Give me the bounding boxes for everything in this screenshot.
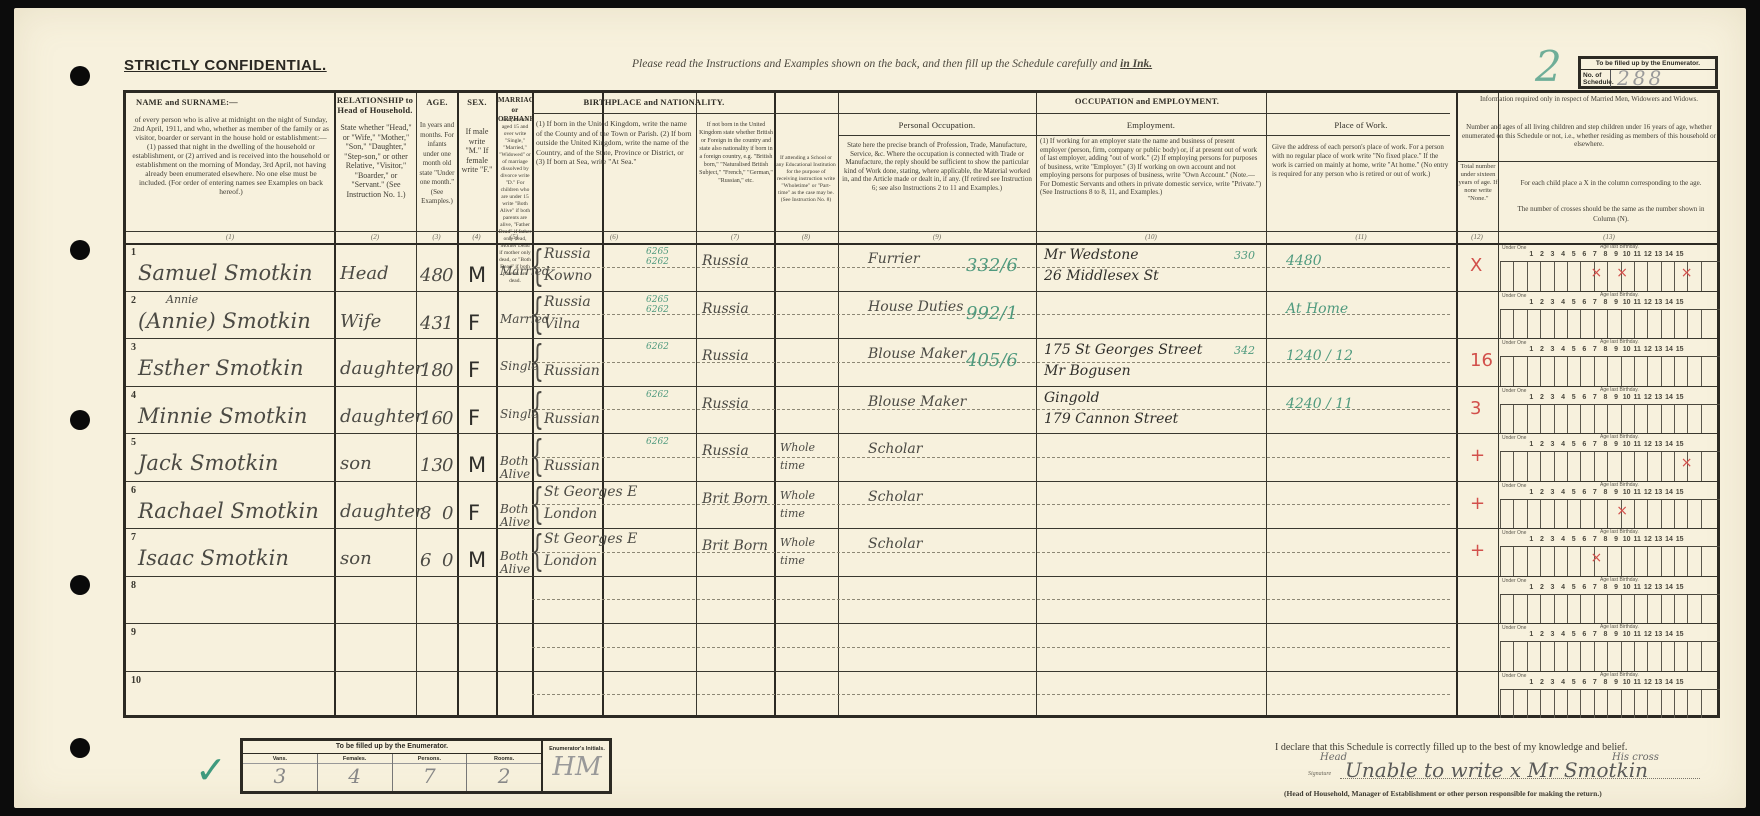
birthplace-code: 6262 (646, 437, 694, 447)
birthplace-code: 6262 (646, 342, 694, 352)
school-attendance: Whole time (780, 487, 820, 523)
row-number: 2 (131, 295, 136, 306)
birthplace-line2: Vilna (544, 316, 580, 332)
brace: { (531, 435, 544, 477)
person-name: Samuel Smotkin (138, 261, 313, 285)
relationship: son (340, 453, 372, 474)
brace: { (531, 483, 544, 525)
col-employment-desc: (1) If working for an employer state the… (1040, 137, 1262, 197)
relationship: daughter (340, 406, 423, 427)
marriage-status: Married (500, 265, 534, 278)
occupation-code: 332/6 (966, 255, 1018, 276)
sex: F (468, 358, 480, 382)
age-grid: Under One Age last Birthday. 12345678910… (1500, 481, 1720, 529)
col-age-title: AGE. (418, 98, 456, 108)
occupation: Scholar (868, 489, 922, 505)
age-years: 48 (420, 265, 443, 286)
birthplace-line2: Russian (544, 363, 600, 379)
place-of-work: 4240 / 11 (1286, 396, 1353, 412)
birthplace-line2: Kowno (544, 268, 592, 284)
age-years: 13 (420, 455, 443, 476)
relationship: daughter (340, 358, 423, 379)
col-sex-title: SEX. (459, 98, 495, 108)
col-children-total-desc: Total number under sixteen years of age.… (1458, 163, 1498, 203)
col-occupation-group: OCCUPATION and EMPLOYMENT. (838, 97, 1456, 107)
employer-line2: Mr Bogusen (1044, 363, 1131, 379)
age-months: 0 (442, 550, 453, 571)
brace: { (531, 530, 544, 572)
occupation: House Duties (868, 299, 963, 315)
employer-line2: 179 Cannon Street (1044, 411, 1178, 427)
children-total: X (1470, 255, 1482, 276)
sex: F (468, 311, 480, 335)
age-years: 8 (420, 503, 431, 524)
place-of-work: At Home (1286, 301, 1348, 317)
brace: { (531, 340, 544, 382)
place-of-work: 4480 (1286, 253, 1322, 269)
child-age-cross: × (1681, 455, 1693, 471)
occupation: Scholar (868, 441, 922, 457)
age-years: 16 (420, 408, 443, 429)
row-number: 8 (131, 580, 136, 591)
sex: F (468, 406, 480, 430)
birthplace-line2: London (544, 553, 597, 569)
brace: { (531, 245, 544, 287)
nationality: Russia (702, 396, 749, 412)
row-number: 9 (131, 627, 136, 638)
row-number: 6 (131, 485, 136, 496)
employer-code: 342 (1234, 344, 1255, 357)
col-children-ages-desc1: For each child place a X in the column c… (1506, 179, 1716, 189)
marriage-status: Single (500, 360, 534, 373)
sex: F (468, 501, 480, 525)
enum-value: 4 (318, 764, 392, 789)
children-total: + (1470, 493, 1485, 514)
age-grid: Under One Age last Birthday. 12345678910… (1500, 338, 1720, 386)
sex: M (468, 548, 486, 572)
employer-line1: Mr Wedstone (1044, 247, 1139, 263)
punch-hole (70, 738, 90, 758)
col-personal-occupation-title: Personal Occupation. (838, 121, 1036, 131)
nationality: Russia (702, 443, 749, 459)
child-age-cross: × (1681, 265, 1693, 281)
children-total: 3 (1470, 398, 1481, 419)
birthplace-line2: Russian (544, 458, 600, 474)
person-name: (Annie) Smotkin (138, 309, 311, 333)
employer-line1: 175 St Georges Street (1044, 342, 1202, 358)
age-grid: Under One Age last Birthday. 12345678910… (1500, 623, 1720, 671)
row-number: 1 (131, 247, 136, 258)
employer-line1: Gingold (1044, 390, 1100, 406)
marriage-status: Married (500, 313, 534, 326)
person-name: Isaac Smotkin (138, 546, 289, 570)
birthplace-line1: St Georges E (544, 484, 637, 500)
col-name-title: NAME and SURNAME:— (136, 98, 326, 108)
occupation: Furrier (868, 251, 920, 267)
row-number: 10 (131, 675, 141, 686)
age-years: 18 (420, 360, 443, 381)
col-marriage-desc: For persons aged 15 and over write "Sing… (498, 117, 532, 285)
occupation: Blouse Maker (868, 346, 966, 362)
birthplace-code: 6265 6262 (646, 247, 694, 267)
col-age-desc: In years and months. For infants under o… (419, 121, 455, 207)
punch-hole (70, 66, 90, 86)
children-total: + (1470, 540, 1485, 561)
census-table: NAME and SURNAME:— of every person who i… (123, 90, 1720, 718)
marriage-status: Both Alive (500, 503, 534, 529)
col-birthplace-group: BIRTHPLACE and NATIONALITY. (536, 98, 772, 108)
occupation-code: 992/1 (966, 303, 1018, 324)
col-children-group: Number and ages of all living children a… (1460, 123, 1718, 149)
age-months: 0 (442, 408, 453, 429)
children-total: + (1470, 445, 1485, 466)
nationality: Russia (702, 253, 749, 269)
row-number: 4 (131, 390, 136, 401)
relationship: son (340, 548, 372, 569)
age-years: 6 (420, 550, 431, 571)
marriage-status: Single (500, 408, 534, 421)
occupation: Blouse Maker (868, 394, 966, 410)
schedule-number-box: To be filled up by the Enumerator. No. o… (1578, 56, 1718, 89)
sex: M (468, 453, 486, 477)
enumerator-initials: HM (545, 752, 609, 782)
relationship: Wife (340, 311, 381, 332)
relationship: Head (340, 263, 389, 284)
birthplace-line2: Russian (544, 411, 600, 427)
birthplace-line1: Russia (544, 246, 591, 262)
occupation: Scholar (868, 536, 922, 552)
schedule-number: 288 (1611, 70, 1715, 87)
col-place-of-work-desc: Give the address of each person's place … (1272, 143, 1452, 179)
brace: { (531, 293, 544, 335)
person-name: Esther Smotkin (138, 356, 304, 380)
enum-value: 3 (243, 764, 317, 789)
marriage-status: Both Alive (500, 550, 534, 576)
relationship: daughter (340, 501, 423, 522)
col-children-note: Information required only in respect of … (1458, 95, 1720, 105)
page-number: 2 (1535, 42, 1562, 91)
punch-hole (70, 240, 90, 260)
children-total: 16 (1470, 350, 1493, 371)
punch-hole (70, 410, 90, 430)
nationality: Russia (702, 348, 749, 364)
birthplace-line1: Russia (544, 294, 591, 310)
row-number: 5 (131, 437, 136, 448)
age-months: 0 (442, 455, 453, 476)
age-grid: Under One Age last Birthday. 12345678910… (1500, 528, 1720, 576)
person-name: Minnie Smotkin (138, 404, 307, 428)
col-school-desc: If attending a School or any Educational… (776, 155, 836, 204)
enum-value: 7 (393, 764, 467, 789)
birthplace-code: 6262 (646, 390, 694, 400)
child-age-cross: × (1616, 265, 1628, 281)
col-relationship-title: RELATIONSHIP to Head of Household. (336, 96, 414, 115)
enum-value: 2 (467, 764, 541, 789)
age-grid: Under One Age last Birthday. 12345678910… (1500, 386, 1720, 434)
nationality: Brit Born (702, 538, 768, 554)
age-grid: Under One Age last Birthday. 12345678910… (1500, 671, 1720, 719)
school-attendance: Whole time (780, 534, 820, 570)
nationality: Russia (702, 301, 749, 317)
col-name-desc: of every person who is alive at midnight… (132, 115, 330, 196)
child-age-cross: × (1591, 265, 1603, 281)
age-months: 0 (442, 503, 453, 524)
employer-code: 330 (1234, 249, 1255, 262)
age-months: 0 (442, 265, 453, 286)
signature-note: (Head of Household, Manager of Establish… (1284, 789, 1602, 798)
row-number: 3 (131, 342, 136, 353)
col-place-of-work-title: Place of Work. (1266, 121, 1456, 131)
person-name: Rachael Smotkin (138, 499, 319, 523)
signature: Unable to write x Mr Smotkin (1345, 758, 1648, 782)
school-attendance: Whole time (780, 439, 820, 475)
check-mark: ✓ (195, 748, 227, 792)
enumerator-box: To be filled up by the Enumerator. Vans.… (240, 738, 612, 794)
age-months: 1 (442, 313, 453, 334)
col-relationship-desc: State whether "Head," or "Wife," "Mother… (338, 123, 414, 199)
col-children-ages-desc2: The number of crosses should be the same… (1506, 205, 1716, 224)
age-grid: Under One Age last Birthday. 12345678910… (1500, 291, 1720, 339)
punch-hole (70, 575, 90, 595)
person-name: Jack Smotkin (138, 451, 278, 475)
occupation-code: 405/6 (966, 350, 1018, 371)
brace: { (531, 388, 544, 430)
col-sex-desc: If male write "M." If female write "F." (460, 127, 494, 175)
birthplace-line2: London (544, 506, 597, 522)
birthplace-code: 6265 6262 (646, 295, 694, 315)
age-months: 0 (442, 360, 453, 381)
name-note: Annie (166, 293, 198, 306)
marriage-status: Both Alive (500, 455, 534, 481)
col-birthplace-desc: (1) If born in the United Kingdom, write… (536, 119, 694, 167)
child-age-cross: × (1616, 503, 1628, 519)
col-employment-title: Employment. (1036, 121, 1266, 131)
employer-line2: 26 Middlesex St (1044, 268, 1159, 284)
birthplace-line1: St Georges E (544, 531, 637, 547)
child-age-cross: × (1591, 550, 1603, 566)
nationality: Brit Born (702, 491, 768, 507)
age-years: 43 (420, 313, 443, 334)
col-nationality-desc: If not born in the United Kingdom state … (699, 121, 773, 185)
age-grid: Under One Age last Birthday. 12345678910… (1500, 576, 1720, 624)
place-of-work: 1240 / 12 (1286, 348, 1353, 364)
instructions-line: Please read the Instructions and Example… (632, 58, 1152, 70)
sex: M (468, 263, 486, 287)
row-number: 7 (131, 532, 136, 543)
confidential-heading: STRICTLY CONFIDENTIAL. (124, 57, 327, 74)
col-personal-occupation-desc: State here the precise branch of Profess… (842, 141, 1032, 192)
